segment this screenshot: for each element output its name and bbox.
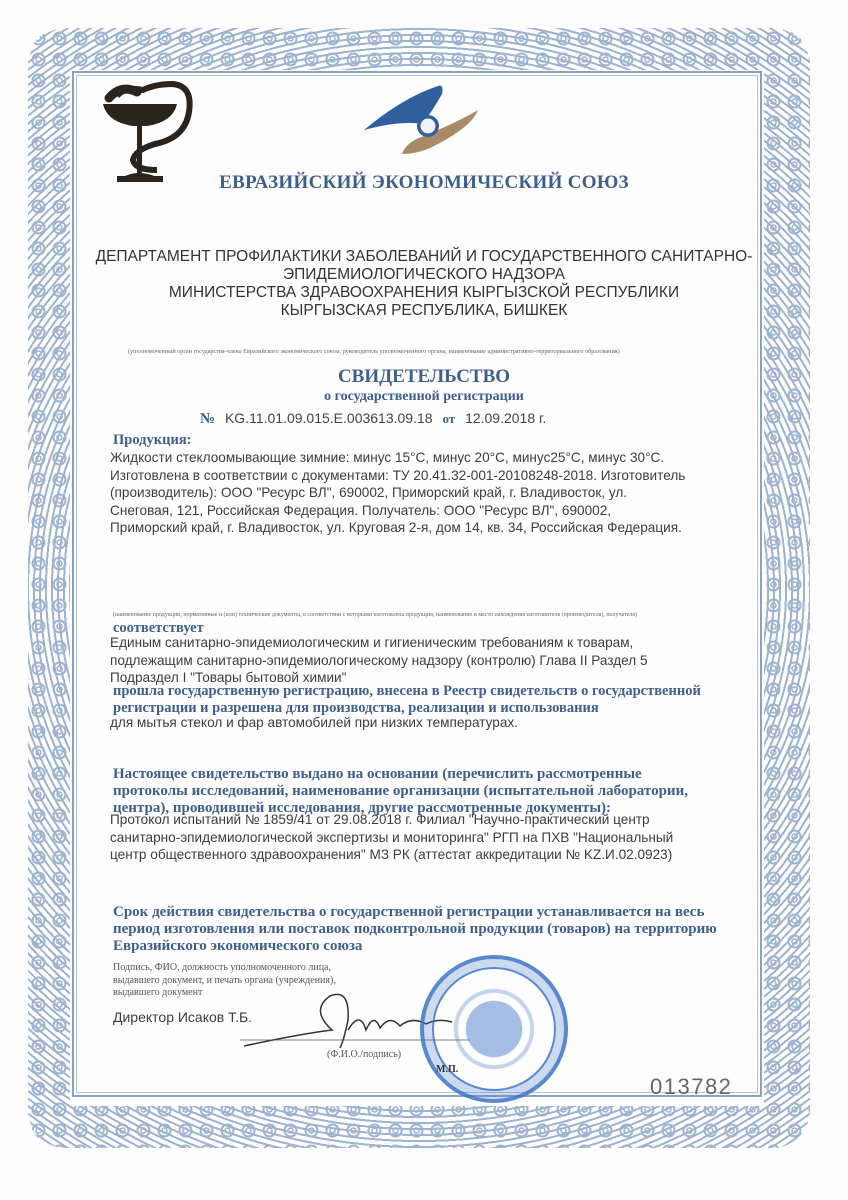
department-line: МИНИСТЕРСТВА ЗДРАВООХРАНЕНИЯ КЫРГЫЗСКОЙ … bbox=[0, 284, 848, 302]
certificate-title: СВИДЕТЕЛЬСТВО bbox=[0, 366, 848, 388]
authority-caption: (уполномоченный орган государства-члена … bbox=[128, 348, 620, 355]
date-label: от bbox=[442, 411, 455, 426]
signature-note-line: Подпись, ФИО, должность уполномоченного … bbox=[113, 962, 336, 975]
certificate-subtitle: о государственной регистрации bbox=[0, 389, 848, 405]
department-line: ЭПИДЕМИОЛОГИЧЕСКОГО НАДЗОРА bbox=[0, 266, 848, 284]
signature-line-caption: (Ф.И.О./подпись) bbox=[327, 1049, 401, 1062]
registration-usage: для мытья стекол и фар автомобилей при н… bbox=[110, 714, 518, 732]
certificate-number-line: № KG.11.01.09.015.E.003613.09.18 от 12.0… bbox=[200, 410, 546, 428]
conformity-line: Единым санитарно-эпидемиологическим и ги… bbox=[110, 634, 730, 652]
conformity-line: подлежащим санитарно-эпидемиологическому… bbox=[110, 652, 730, 670]
basis-line: центр общественного здравоохранения" МЗ … bbox=[110, 846, 673, 864]
department-line: КЫРГЫЗСКАЯ РЕСПУБЛИКА, БИШКЕК bbox=[0, 302, 848, 320]
number-label: № bbox=[200, 411, 215, 427]
basis-heading: Настоящее свидетельство выдано на основа… bbox=[113, 766, 688, 817]
product-line: Снеговая, 121, Российская Федерация. Пол… bbox=[110, 502, 730, 520]
basis-heading-line: протоколы исследований, наименование орг… bbox=[113, 783, 688, 800]
official-seal-icon bbox=[420, 955, 568, 1103]
basis-line: Протокол испытаний № 1859/41 от 29.08.20… bbox=[110, 811, 673, 829]
validity-line: период изготовления или поставок подконт… bbox=[113, 921, 717, 938]
serial-number: 013782 bbox=[650, 1074, 732, 1100]
registration-heading: прошла государственную регистрацию, внес… bbox=[113, 683, 701, 717]
signature-note-line: выдавшего документ, и печать органа (учр… bbox=[113, 975, 336, 988]
product-caption: (наименование продукции, нормативные и (… bbox=[113, 612, 637, 618]
product-line: Приморский край, г. Владивосток, ул. Кру… bbox=[110, 519, 730, 537]
product-heading: Продукция: bbox=[113, 432, 192, 449]
conformity-text: Единым санитарно-эпидемиологическим и ги… bbox=[110, 634, 730, 687]
validity-line: Евразийского экономического союза bbox=[113, 938, 717, 955]
validity-statement: Срок действия свидетельства о государств… bbox=[113, 904, 717, 955]
department-name: ДЕПАРТАМЕНТ ПРОФИЛАКТИКИ ЗАБОЛЕВАНИЙ И Г… bbox=[0, 248, 848, 320]
department-line: ДЕПАРТАМЕНТ ПРОФИЛАКТИКИ ЗАБОЛЕВАНИЙ И Г… bbox=[0, 248, 848, 266]
product-description: Жидкости стеклоомывающие зимние: минус 1… bbox=[110, 449, 730, 537]
product-line: Изготовлена в соответствии с документами… bbox=[110, 467, 730, 485]
registration-heading-line: прошла государственную регистрацию, внес… bbox=[113, 683, 701, 700]
product-line: (производитель): ООО "Ресурс ВЛ", 690002… bbox=[110, 484, 730, 502]
seal-label: М.П. bbox=[436, 1064, 458, 1077]
basis-heading-line: Настоящее свидетельство выдано на основа… bbox=[113, 766, 688, 783]
validity-line: Срок действия свидетельства о государств… bbox=[113, 904, 717, 921]
basis-text: Протокол испытаний № 1859/41 от 29.08.20… bbox=[110, 811, 673, 864]
product-line: Жидкости стеклоомывающие зимние: минус 1… bbox=[110, 449, 730, 467]
certificate-number: KG.11.01.09.015.E.003613.09.18 bbox=[225, 410, 433, 426]
signer-name: Директор Исаков Т.Б. bbox=[113, 1009, 252, 1027]
certificate-date: 12.09.2018 г. bbox=[465, 410, 546, 426]
eaeu-emblem-icon bbox=[362, 80, 502, 158]
basis-line: санитарно-эпидемиологической экспертизы … bbox=[110, 829, 673, 847]
union-title: ЕВРАЗИЙСКИЙ ЭКОНОМИЧЕСКИЙ СОЮЗ bbox=[0, 172, 848, 194]
